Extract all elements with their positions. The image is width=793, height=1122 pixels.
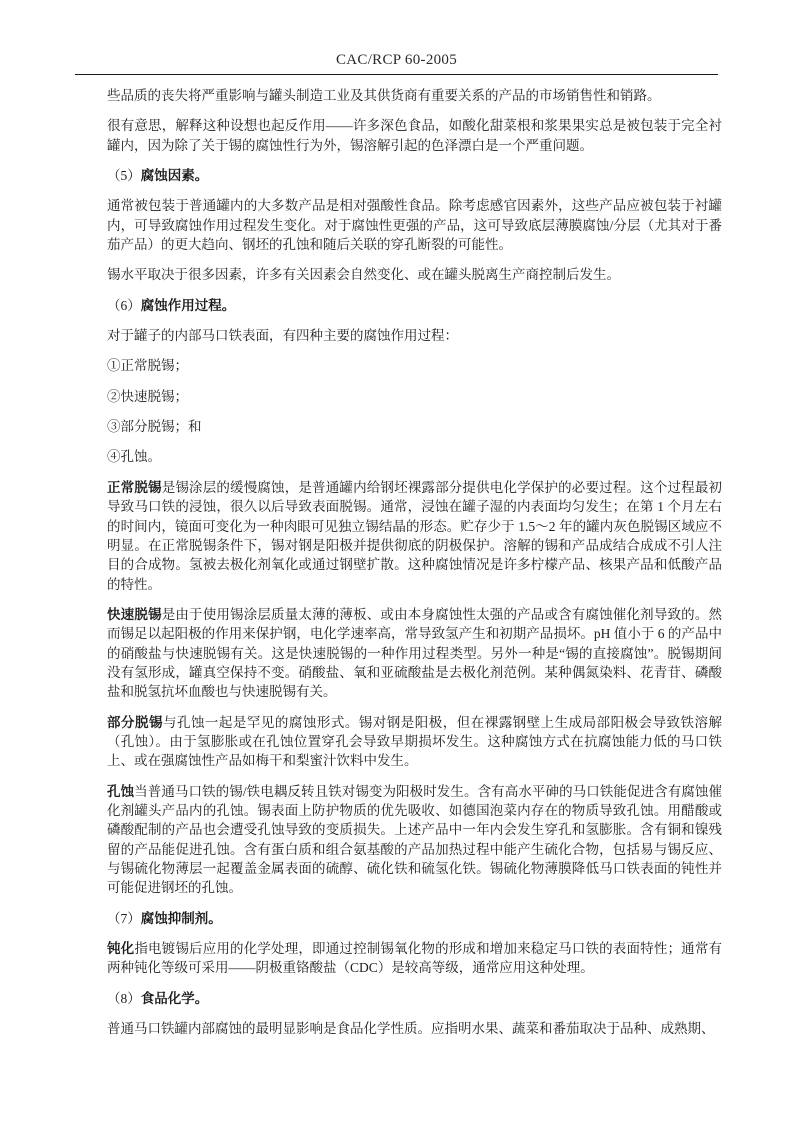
body-paragraph: 锡水平取决于很多因素，许多有关因素会自然变化、或在罐头脱离生产商控制后发生。 [107, 265, 722, 284]
page-header-title: CAC/RCP 60-2005 [75, 52, 718, 75]
body-paragraph-partial-detinning: 部分脱锡与孔蚀一起是罕见的腐蚀形式。锡对钢是阳极，但在裸露钢壁上生成局部阳极会导… [107, 713, 722, 771]
section-heading-7: （7）腐蚀抑制剂。 [107, 909, 722, 928]
body-paragraph-rapid-detinning: 快速脱锡是由于使用锡涂层质量太薄的薄板、或由本身腐蚀性太强的产品或含有腐蚀催化剂… [107, 605, 722, 702]
section-title: 腐蚀因素。 [141, 168, 209, 183]
section-heading-5: （5）腐蚀因素。 [107, 166, 722, 185]
body-paragraph-normal-detinning: 正常脱锡是锡涂层的缓慢腐蚀，是普通罐内给钢坯裸露部分提供电化学保护的必要过程。这… [107, 478, 722, 594]
page-header: CAC/RCP 60-2005 [75, 0, 718, 75]
body-paragraph: 普通马口铁罐内部腐蚀的最明显影响是食品化学性质。应指明水果、蔬菜和番茄取决于品种… [107, 1019, 722, 1038]
body-paragraph: 很有意思，解释这种设想也起反作用——许多深色食品，如酸化甜菜根和浆果果实总是被包… [107, 116, 722, 155]
list-item-1: ①正常脱锡； [107, 356, 722, 375]
paragraph-lead-term: 部分脱锡 [107, 715, 163, 730]
paragraph-lead-term: 孔蚀 [107, 784, 134, 799]
section-title: 腐蚀抑制剂。 [141, 911, 222, 926]
body-paragraph: 对于罐子的内部马口铁表面，有四种主要的腐蚀作用过程： [107, 326, 722, 345]
paragraph-text: 是由于使用锡涂层质量太薄的薄板、或由本身腐蚀性太强的产品或含有腐蚀催化剂导致的。… [107, 607, 722, 699]
list-item-3: ③部分脱锡；和 [107, 417, 722, 436]
list-item-4: ④孔蚀。 [107, 447, 722, 466]
body-paragraph: 些品质的丧失将严重影响与罐头制造工业及其供货商有重要关系的产品的市场销售性和销路… [107, 86, 722, 105]
section-title: 食品化学。 [141, 991, 209, 1006]
body-paragraph: 通常被包装于普通罐内的大多数产品是相对强酸性食品。除考虑感官因素外，这些产品应被… [107, 196, 722, 254]
paragraph-text: 当普通马口铁的锡/铁电耦反转且铁对锡变为阳极时发生。含有高水平砷的马口铁能促进含… [107, 784, 722, 896]
section-number: （7） [107, 911, 141, 926]
section-heading-6: （6）腐蚀作用过程。 [107, 296, 722, 315]
paragraph-text: 指电镀锡后应用的化学处理，即通过控制锡氧化物的形成和增加来稳定马口铁的表面特性；… [107, 941, 722, 975]
section-number: （5） [107, 168, 141, 183]
section-number: （8） [107, 991, 141, 1006]
section-title: 腐蚀作用过程。 [141, 298, 236, 313]
list-item-2: ②快速脱锡； [107, 387, 722, 406]
document-body: 些品质的丧失将严重影响与罐头制造工业及其供货商有重要关系的产品的市场销售性和销路… [107, 86, 722, 1038]
paragraph-lead-term: 正常脱锡 [107, 480, 162, 495]
section-number: （6） [107, 298, 141, 313]
section-heading-8: （8）食品化学。 [107, 989, 722, 1008]
paragraph-lead-term: 快速脱锡 [107, 607, 162, 622]
body-paragraph-passivation: 钝化指电镀锡后应用的化学处理，即通过控制锡氧化物的形成和增加来稳定马口铁的表面特… [107, 939, 722, 978]
document-page: CAC/RCP 60-2005 些品质的丧失将严重影响与罐头制造工业及其供货商有… [0, 0, 793, 1122]
paragraph-text: 是锡涂层的缓慢腐蚀，是普通罐内给钢坯裸露部分提供电化学保护的必要过程。这个过程最… [107, 480, 722, 592]
paragraph-lead-term: 钝化 [107, 941, 134, 956]
body-paragraph-pitting: 孔蚀当普通马口铁的锡/铁电耦反转且铁对锡变为阳极时发生。含有高水平砷的马口铁能促… [107, 782, 722, 898]
paragraph-text: 与孔蚀一起是罕见的腐蚀形式。锡对钢是阳极，但在裸露钢壁上生成局部阳极会导致铁溶解… [107, 715, 722, 769]
